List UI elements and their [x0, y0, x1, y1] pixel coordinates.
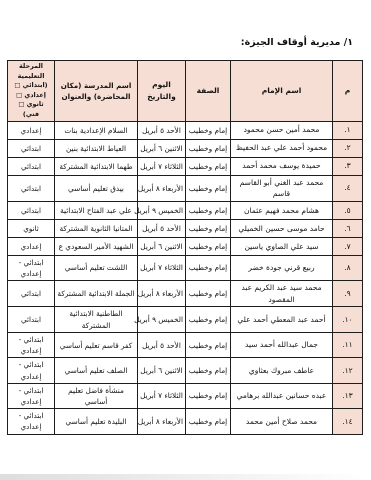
table-row: ٤.محمد عبد الغني أبو القاسم قاسمإمام وخط…: [8, 175, 363, 201]
cell-day-date: الأربعاء ٨ أبريل: [138, 175, 186, 201]
cell-school: المتانيا الثانوية المشتركة: [55, 219, 138, 237]
cell-school: كفر قاسم تعليم أساسي: [55, 333, 138, 358]
cell-role: إمام وخطيب: [186, 307, 231, 333]
cell-day-date: الثلاثاء ٧ أبريل: [138, 255, 186, 280]
cell-imam-name: محمد عبد الغني أبو القاسم قاسم: [231, 175, 333, 201]
cell-number: ١٤.: [333, 409, 363, 434]
cell-role: إمام وخطيب: [186, 237, 231, 255]
table-body: ١.محمد أمين حسن محمودإمام وخطيبالأحد ٥ أ…: [8, 121, 363, 434]
cell-imam-name: عبده حسانين عبدالله برهامي: [231, 383, 333, 409]
cell-stage: ابتدائي - إعدادي: [8, 255, 55, 280]
cell-day-date: الاثنين ٦ أبريل: [138, 139, 186, 157]
cell-number: ١٠.: [333, 307, 363, 333]
cell-role: إمام وخطيب: [186, 121, 231, 139]
cell-day-date: الاثنين ٦ أبريل: [138, 358, 186, 383]
cell-role: إمام وخطيب: [186, 175, 231, 201]
cell-imam-name: محمد صلاح أمين محمد: [231, 409, 333, 434]
cell-day-date: الأربعاء ٨ أبريل: [138, 281, 186, 307]
cell-role: إمام وخطيب: [186, 255, 231, 280]
cell-stage: ابتدائي: [8, 175, 55, 201]
cell-imam-name: ربيع قرني جودة خضر: [231, 255, 333, 280]
cell-role: إمام وخطيب: [186, 383, 231, 409]
table-row: ١١.جمال عبدالله أحمد سيدإمام وخطيبالأحد …: [8, 333, 363, 358]
cell-day-date: الأحد ٥ أبريل: [138, 219, 186, 237]
table-row: ١.محمد أمين حسن محمودإمام وخطيبالأحد ٥ أ…: [8, 121, 363, 139]
imams-schedule-table: م اسم الإمام الصفة اليوم والتاريخ اسم ال…: [7, 60, 363, 435]
cell-imam-name: محمد أمين حسن محمود: [231, 121, 333, 139]
cell-number: ٩.: [333, 281, 363, 307]
cell-day-date: الأحد ٥ أبريل: [138, 333, 186, 358]
cell-number: ٣.: [333, 157, 363, 175]
table-row: ١٣.عبده حسانين عبدالله برهاميإمام وخطيبا…: [8, 383, 363, 409]
cell-school: السلام الإعدادية بنات: [55, 121, 138, 139]
cell-school: علي عبد الفتاح الابتدائية: [55, 201, 138, 219]
cell-imam-name: هشام محمد فهيم عثمان: [231, 201, 333, 219]
cell-number: ٧.: [333, 237, 363, 255]
table-row: ١٤.محمد صلاح أمين محمدإمام وخطيبالأربعاء…: [8, 409, 363, 434]
cell-school: الجملة الابتدائية المشتركة: [55, 281, 138, 307]
cell-imam-name: جمال عبدالله أحمد سيد: [231, 333, 333, 358]
cell-day-date: الخميس ٩ أبريل: [138, 201, 186, 219]
cell-imam-name: سيد علي الصاوي ياسين: [231, 237, 333, 255]
cell-role: إمام وخطيب: [186, 157, 231, 175]
cell-stage: ابتدائي: [8, 139, 55, 157]
cell-number: ٤.: [333, 175, 363, 201]
cell-stage: ابتدائي - إعدادي: [8, 358, 55, 383]
cell-stage: إعدادي: [8, 237, 55, 255]
table-row: ١٢.عاطف مبروك بعثاويإمام وخطيبالاثنين ٦ …: [8, 358, 363, 383]
cell-day-date: الاثنين ٦ أبريل: [138, 237, 186, 255]
table-row: ١٠.أحمد عبد المعطي أحمد عليإمام وخطيبالخ…: [8, 307, 363, 333]
header-number: م: [333, 61, 363, 122]
header-imam-name: اسم الإمام: [231, 61, 333, 122]
cell-number: ١.: [333, 121, 363, 139]
cell-school: الشهيد الأمير السعودي ع: [55, 237, 138, 255]
cell-stage: ابتدائي - إعدادي: [8, 333, 55, 358]
cell-number: ١١.: [333, 333, 363, 358]
cell-role: إمام وخطيب: [186, 281, 231, 307]
cell-number: ١٢.: [333, 358, 363, 383]
table-row: ٨.ربيع قرني جودة خضرإمام وخطيبالثلاثاء ٧…: [8, 255, 363, 280]
cell-stage: ثانوي: [8, 219, 55, 237]
cell-school: طهما الابتدائية المشتركة: [55, 157, 138, 175]
cell-day-date: الأحد ٥ أبريل: [138, 121, 186, 139]
cell-number: ٦.: [333, 219, 363, 237]
cell-day-date: الخميس ٩ أبريل: [138, 307, 186, 333]
cell-role: إمام وخطيب: [186, 358, 231, 383]
cell-school: البليدة تعليم أساسي: [55, 409, 138, 434]
cell-school: الصلف تعليم أساسي: [55, 358, 138, 383]
cell-day-date: الأربعاء ٨ أبريل: [138, 409, 186, 434]
cell-school: منشأة فاضل تعليم أساسي: [55, 383, 138, 409]
table-row: ٩.محمد سيد عبد الكريم عبد المقصودإمام وخ…: [8, 281, 363, 307]
table-row: ٥.هشام محمد فهيم عثمانإمام وخطيبالخميس ٩…: [8, 201, 363, 219]
cell-imam-name: عاطف مبروك بعثاوي: [231, 358, 333, 383]
cell-imam-name: أحمد عبد المعطي أحمد علي: [231, 307, 333, 333]
cell-stage: إعدادي: [8, 121, 55, 139]
cell-imam-name: حميدة يوسف محمد أحمد: [231, 157, 333, 175]
cell-role: إمام وخطيب: [186, 139, 231, 157]
cell-imam-name: حامد موسى حسين الخميلي: [231, 219, 333, 237]
cell-school: العياط الابتدائية بنين: [55, 139, 138, 157]
cell-imam-name: محمد سيد عبد الكريم عبد المقصود: [231, 281, 333, 307]
cell-role: إمام وخطيب: [186, 409, 231, 434]
cell-school: اللشت تعليم أساسي: [55, 255, 138, 280]
table-row: ٦.حامد موسى حسين الخميليإمام وخطيبالأحد …: [8, 219, 363, 237]
cell-number: ٥.: [333, 201, 363, 219]
cell-school: بيدق تعليم أساسي: [55, 175, 138, 201]
cell-stage: ابتدائي: [8, 201, 55, 219]
cell-stage: ابتدائي - إعدادي: [8, 409, 55, 434]
cell-role: إمام وخطيب: [186, 201, 231, 219]
table-row: ٣.حميدة يوسف محمد أحمدإمام وخطيبالثلاثاء…: [8, 157, 363, 175]
cell-number: ٢.: [333, 139, 363, 157]
table-row: ٧.سيد علي الصاوي ياسينإمام وخطيبالاثنين …: [8, 237, 363, 255]
scan-edge-shadow: [0, 474, 371, 480]
cell-role: إمام وخطيب: [186, 219, 231, 237]
header-school: اسم المدرسة (مكان المحاضرة) والعنوان: [55, 61, 138, 122]
cell-role: إمام وخطيب: [186, 333, 231, 358]
cell-stage: ابتدائي - إعدادي: [8, 383, 55, 409]
cell-school: الطاطنية الابتدائية المشتركة: [55, 307, 138, 333]
cell-stage: ابتدائي: [8, 281, 55, 307]
cell-imam-name: محمود أحمد علي عبد الحفيظ: [231, 139, 333, 157]
table-header-row: م اسم الإمام الصفة اليوم والتاريخ اسم ال…: [8, 61, 363, 122]
header-stage: المرحلة التعليمية (ابتدائي □ إعدادي □ ثا…: [8, 61, 55, 122]
cell-day-date: الثلاثاء ٧ أبريل: [138, 383, 186, 409]
cell-day-date: الثلاثاء ٧ أبريل: [138, 157, 186, 175]
cell-number: ١٣.: [333, 383, 363, 409]
cell-stage: ابتدائي: [8, 307, 55, 333]
cell-stage: ابتدائي: [8, 157, 55, 175]
table-row: ٢.محمود أحمد علي عبد الحفيظإمام وخطيبالا…: [8, 139, 363, 157]
page-title: ١/ مديرية أوقاف الجيزة:: [241, 37, 353, 48]
document-page: ١/ مديرية أوقاف الجيزة: م اسم الإمام الص…: [0, 0, 371, 480]
cell-number: ٨.: [333, 255, 363, 280]
header-day-date: اليوم والتاريخ: [138, 61, 186, 122]
header-role: الصفة: [186, 61, 231, 122]
